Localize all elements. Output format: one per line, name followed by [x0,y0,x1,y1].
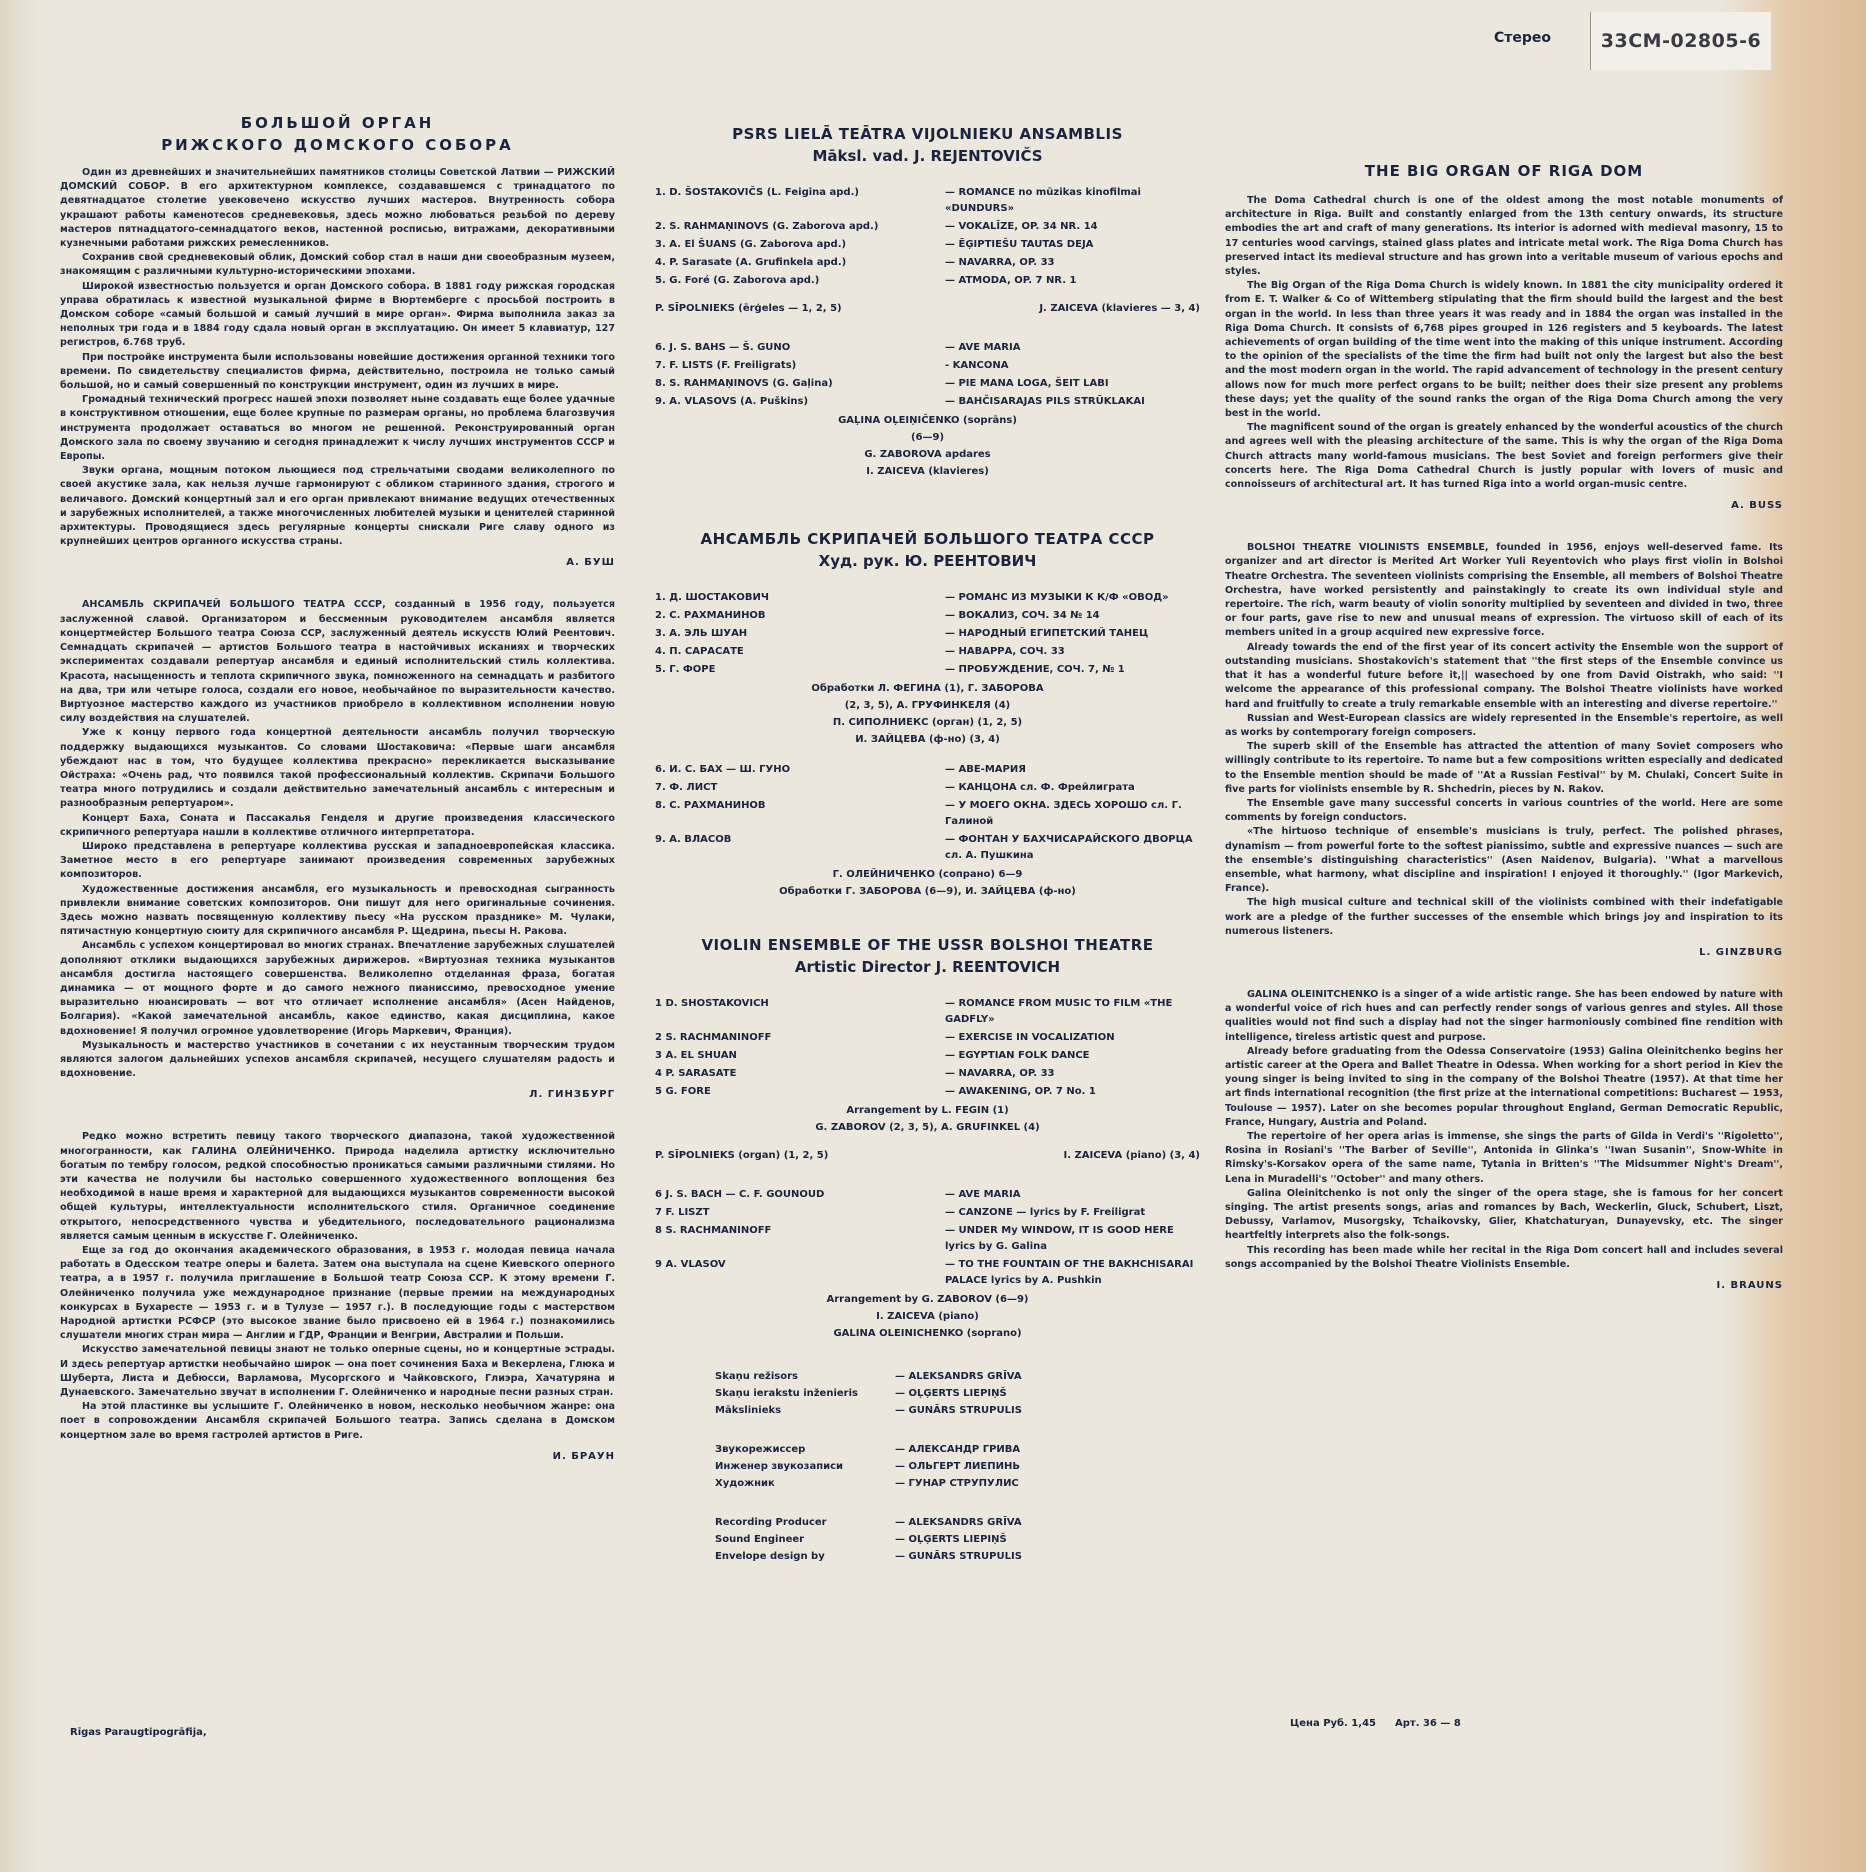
track-title: — AWAKENING, OP. 7 No. 1 [945,1084,1200,1100]
english-credits-b: Arrangement by G. ZABOROV (6—9)I. ZAICEV… [655,1291,1200,1342]
track-row: 1. Д. ШОСТАКОВИЧ— РОМАНС ИЗ МУЗЫКИ К К/Ф… [655,590,1200,606]
paragraph: Широко представлена в репертуаре коллект… [60,840,615,883]
paragraph: На этой пластинке вы услышите Г. Олейнич… [60,1400,615,1443]
english-title: VIOLIN ENSEMBLE OF THE USSR BOLSHOI THEA… [655,936,1200,954]
russian-credits-a: Обработки Л. ФЕГИНА (1), Г. ЗАБОРОВА(2, … [655,680,1200,748]
track-title: — ĒĢIPTIEŠU TAUTAS DEJA [945,237,1200,253]
track-title: — У МОЕГО ОКНА. ЗДЕСЬ ХОРОШО сл. Г. Гали… [945,798,1200,830]
paragraph: Galina Oleinitchenko is not only the sin… [1225,1187,1783,1244]
track-composer: 5. Г. ФОРЕ [655,662,945,678]
track-composer: 8. С. РАХМАНИНОВ [655,798,945,830]
latvian-credits: GAĻINA OĻEIŅIČENKO (soprāns)(6—9)G. ZABO… [655,412,1200,480]
paragraph: Концерт Баха, Соната и Пассакалья Гендел… [60,812,615,840]
credit-line: П. СИПОЛНИЕКС (орган) (1, 2, 5) [655,714,1200,731]
organ-title-line2: РИЖСКОГО ДОМСКОГО СОБОРА [60,134,615,156]
track-composer: 1. D. ŠOSTAKOVIČS (L. Feigina apd.) [655,185,945,217]
staff-name: — OĻĢERTS LIEPIŅŠ [895,1385,1007,1402]
track-composer: 1 D. SHOSTAKOVICH [655,996,945,1028]
paragraph: Редко можно встретить певицу такого твор… [60,1130,615,1244]
paragraph: Искусство замечательной певицы знают не … [60,1343,615,1400]
latvian-performers: P. SĪPOLNIEKS (ērģeles — 1, 2, 5) J. ZAI… [655,303,1200,314]
track-title: — PIE MANA LOGA, ŠEIT LABI [945,376,1200,392]
english-tracks-b: 6 J. S. BACH — C. F. GOUNOUD— AVE MARIA7… [655,1187,1200,1289]
track-composer: 3 A. EL SHUAN [655,1048,945,1064]
staff-row: Skaņu režisors— ALEKSANDRS GRĪVA [715,1368,1200,1385]
organ-text: Один из древнейших и значительнейших пам… [60,166,615,549]
track-title: — НАВАРРА, СОЧ. 33 [945,644,1200,660]
russian-tracks-b: 6. И. С. БАХ — Ш. ГУНО— АВЕ-МАРИЯ7. Ф. Л… [655,762,1200,864]
credit-line: И. ЗАЙЦЕВА (ф-но) (3, 4) [655,731,1200,748]
track-row: 1. D. ŠOSTAKOVIČS (L. Feigina apd.)— ROM… [655,185,1200,217]
credit-line: Arrangement by L. FEGIN (1) [655,1102,1200,1119]
track-row: 8. S. RAHMAŅINOVS (G. Gaļina)— PIE MANA … [655,376,1200,392]
track-row: 3. A. El ŠUANS (G. Zaborova apd.)— ĒĢIPT… [655,237,1200,253]
en-organ-text: The Doma Cathedral church is one of the … [1225,194,1783,492]
track-row: 8. С. РАХМАНИНОВ— У МОЕГО ОКНА. ЗДЕСЬ ХО… [655,798,1200,830]
credit-line: GAĻINA OĻEIŅIČENKO (soprāns) [655,412,1200,429]
track-composer: 1. Д. ШОСТАКОВИЧ [655,590,945,606]
track-title: — ATMODA, OP. 7 NR. 1 [945,273,1200,289]
paragraph: Художественные достижения ансамбля, его … [60,883,615,940]
staff-latvian: Skaņu režisors— ALEKSANDRS GRĪVASkaņu ie… [715,1368,1200,1419]
track-composer: 8. S. RAHMAŅINOVS (G. Gaļina) [655,376,945,392]
staff-name: — ALEKSANDRS GRĪVA [895,1368,1022,1385]
track-row: 5. Г. ФОРЕ— ПРОБУЖДЕНИЕ, СОЧ. 7, № 1 [655,662,1200,678]
en-singer-signature: I. BRAUNS [1225,1280,1783,1291]
track-composer: 6. И. С. БАХ — Ш. ГУНО [655,762,945,778]
track-row: 9 A. VLASOV— TO THE FOUNTAIN OF THE BAKH… [655,1257,1200,1289]
track-title: — КАНЦОНА сл. Ф. Фрейлиграта [945,780,1200,796]
russian-subtitle: Худ. рук. Ю. РЕЕНТОВИЧ [655,552,1200,570]
track-composer: 2. С. РАХМАНИНОВ [655,608,945,624]
track-composer: 6. J. S. BAHS — Š. GUNO [655,340,945,356]
credit-line: Обработки Л. ФЕГИНА (1), Г. ЗАБОРОВА [655,680,1200,697]
staff-role: Sound Engineer [715,1531,895,1548]
paragraph: АНСАМБЛЬ СКРИПАЧЕЙ БОЛЬШОГО ТЕАТРА СССР,… [60,598,615,726]
track-title: — NAVARRA, OP. 33 [945,255,1200,271]
track-title: — EXERCISE IN VOCALIZATION [945,1030,1200,1046]
singer-text: Редко можно встретить певицу такого твор… [60,1130,615,1442]
track-composer: 4. P. Sarasate (A. Grufinkela apd.) [655,255,945,271]
track-composer: 5. G. Foré (G. Zaborova apd.) [655,273,945,289]
english-subtitle: Artistic Director J. REENTOVICH [655,958,1200,976]
staff-row: Инженер звукозаписи— ОЛЬГЕРТ ЛИЕПИНЬ [715,1458,1200,1475]
track-title: — AVE MARIA [945,1187,1200,1203]
paragraph: Широкой известностью пользуется и орган … [60,280,615,351]
track-row: 2 S. RACHMANINOFF— EXERCISE IN VOCALIZAT… [655,1030,1200,1046]
english-performers: P. SĪPOLNIEKS (organ) (1, 2, 5) I. ZAICE… [655,1150,1200,1161]
ensemble-signature: Л. ГИНЗБУРГ [60,1089,615,1100]
track-title: — NAVARRA, OP. 33 [945,1066,1200,1082]
paragraph: Already before graduating from the Odess… [1225,1045,1783,1130]
track-title: — CANZONE — lyrics by F. Freiligrat [945,1205,1200,1221]
track-row: 3. А. ЭЛЬ ШУАН— НАРОДНЫЙ ЕГИПЕТСКИЙ ТАНЕ… [655,626,1200,642]
staff-row: Envelope design by— GUNĀRS STRUPULIS [715,1548,1200,1565]
staff-row: Sound Engineer— OĻĢERTS LIEPIŅŠ [715,1531,1200,1548]
track-title: — BAHČISARAJAS PILS STRŪKLAKAI [945,394,1200,410]
credit-line: I. ZAICEVA (piano) [655,1308,1200,1325]
track-title: — ROMANCE no mūzikas kinofilmai «DUNDURS… [945,185,1200,217]
paragraph: Музыкальность и мастерство участников в … [60,1039,615,1082]
track-title: — ROMANCE FROM MUSIC TO FILM «THE GADFLY… [945,996,1200,1028]
paragraph: The Ensemble gave many successful concer… [1225,797,1783,825]
russian-tracks-a: 1. Д. ШОСТАКОВИЧ— РОМАНС ИЗ МУЗЫКИ К К/Ф… [655,590,1200,678]
credit-line: (2, 3, 5), А. ГРУФИНКЕЛЯ (4) [655,697,1200,714]
staff-name: — GUNĀRS STRUPULIS [895,1402,1022,1419]
track-title: — UNDER My WINDOW, IT IS GOOD HERE lyric… [945,1223,1200,1255]
track-composer: 2 S. RACHMANINOFF [655,1030,945,1046]
paragraph: Сохранив свой средневековый облик, Домск… [60,251,615,279]
staff-name: — ГУНАР СТРУПУЛИС [895,1475,1019,1492]
paragraph: BOLSHOI THEATRE VIOLINISTS ENSEMBLE, fou… [1225,541,1783,640]
track-title: — ПРОБУЖДЕНИЕ, СОЧ. 7, № 1 [945,662,1200,678]
staff-row: Звукорежиссер— АЛЕКСАНДР ГРИВА [715,1441,1200,1458]
paragraph: «The hirtuoso technique of ensemble's mu… [1225,825,1783,896]
paragraph: Already towards the end of the first yea… [1225,641,1783,712]
paragraph: Russian and West-European classics are w… [1225,712,1783,740]
en-singer-text: GALINA OLEINITCHENKO is a singer of a wi… [1225,988,1783,1272]
performer-organ-en: P. SĪPOLNIEKS (organ) (1, 2, 5) [655,1150,828,1161]
price-label: Цена Руб. 1,45 [1290,1718,1376,1729]
track-row: 3 A. EL SHUAN— EGYPTIAN FOLK DANCE [655,1048,1200,1064]
track-title: — VOKALĪZE, OP. 34 NR. 14 [945,219,1200,235]
track-composer: 9 A. VLASOV [655,1257,945,1289]
latvian-subtitle: Māksl. vad. J. REJENTOVIČS [655,147,1200,165]
middle-column-tracklist: PSRS LIELĀ TEĀTRA VIJOLNIEKU ANSAMBLIS M… [655,125,1200,1565]
paragraph: Уже к концу первого года концертной деят… [60,726,615,811]
russian-credits-b: Г. ОЛЕЙНИЧЕНКО (сопрано) 6—9Обработки Г.… [655,866,1200,900]
staff-russian: Звукорежиссер— АЛЕКСАНДР ГРИВАИнженер зв… [715,1441,1200,1492]
stereo-label: Стерео [1494,30,1551,46]
organ-signature: А. БУШ [60,557,615,568]
credit-line: I. ZAICEVA (klavieres) [655,463,1200,480]
performer-piano-en: I. ZAICEVA (piano) (3, 4) [1064,1150,1200,1161]
track-composer: 9. А. ВЛАСОВ [655,832,945,864]
credit-line: GALINA OLEINICHENKO (soprano) [655,1325,1200,1342]
paragraph: При постройке инструмента были использов… [60,351,615,394]
track-row: 2. S. RAHMAŅINOVS (G. Zaborova apd.)— VO… [655,219,1200,235]
catalog-number-sticker: 33СМ-02805-6 [1590,12,1771,70]
russian-title: АНСАМБЛЬ СКРИПАЧЕЙ БОЛЬШОГО ТЕАТРА СССР [655,530,1200,548]
paragraph: The repertoire of her opera arias is imm… [1225,1130,1783,1187]
track-row: 7. F. LISTS (F. Freiligrats)- KANCONA [655,358,1200,374]
paragraph: The Doma Cathedral church is one of the … [1225,194,1783,279]
staff-role: Mākslinieks [715,1402,895,1419]
latvian-tracks-b: 6. J. S. BAHS — Š. GUNO— AVE MARIA7. F. … [655,340,1200,410]
staff-row: Художник— ГУНАР СТРУПУЛИС [715,1475,1200,1492]
track-row: 4 P. SARASATE— NAVARRA, OP. 33 [655,1066,1200,1082]
printer-credit: Rīgas Paraugtipogrāfija, [70,1727,207,1738]
paragraph: Еще за год до окончания академического о… [60,1244,615,1343]
track-row: 8 S. RACHMANINOFF— UNDER My WINDOW, IT I… [655,1223,1200,1255]
track-row: 9. A. VLASOVS (A. Puškins)— BAHČISARAJAS… [655,394,1200,410]
track-row: 6 J. S. BACH — C. F. GOUNOUD— AVE MARIA [655,1187,1200,1203]
performer-piano: J. ZAICEVA (klavieres — 3, 4) [1039,303,1200,314]
catalog-number: 33СМ-02805-6 [1601,30,1761,52]
staff-name: — GUNĀRS STRUPULIS [895,1548,1022,1565]
track-composer: 7 F. LISZT [655,1205,945,1221]
english-tracks-a: 1 D. SHOSTAKOVICH— ROMANCE FROM MUSIC TO… [655,996,1200,1100]
track-title: - KANCONA [945,358,1200,374]
en-ensemble-signature: L. GINZBURG [1225,947,1783,958]
staff-name: — OĻĢERTS LIEPIŅŠ [895,1531,1007,1548]
credit-line: Обработки Г. ЗАБОРОВА (6—9), И. ЗАЙЦЕВА … [655,883,1200,900]
track-row: 7. Ф. ЛИСТ— КАНЦОНА сл. Ф. Фрейлиграта [655,780,1200,796]
track-title: — НАРОДНЫЙ ЕГИПЕТСКИЙ ТАНЕЦ [945,626,1200,642]
staff-row: Recording Producer— ALEKSANDRS GRĪVA [715,1514,1200,1531]
latvian-tracks-a: 1. D. ŠOSTAKOVIČS (L. Feigina apd.)— ROM… [655,185,1200,289]
paragraph: Звуки органа, мощным потоком льющиеся по… [60,464,615,549]
right-column-english-notes: THE BIG ORGAN OF RIGA DOM The Doma Cathe… [1225,160,1783,1321]
staff-name: — АЛЕКСАНДР ГРИВА [895,1441,1020,1458]
track-composer: 2. S. RAHMAŅINOVS (G. Zaborova apd.) [655,219,945,235]
paragraph: The Big Organ of the Riga Doma Church is… [1225,279,1783,421]
track-composer: 4 P. SARASATE [655,1066,945,1082]
track-row: 4. P. Sarasate (A. Grufinkela apd.)— NAV… [655,255,1200,271]
organ-title-line1: БОЛЬШОЙ ОРГАН [60,112,615,134]
english-credits-a: Arrangement by L. FEGIN (1)G. ZABOROV (2… [655,1102,1200,1136]
track-row: 6. J. S. BAHS — Š. GUNO— AVE MARIA [655,340,1200,356]
staff-row: Mākslinieks— GUNĀRS STRUPULIS [715,1402,1200,1419]
track-title: — AVE MARIA [945,340,1200,356]
staff-role: Skaņu režisors [715,1368,895,1385]
track-title: — ВОКАЛИЗ, СОЧ. 34 № 14 [945,608,1200,624]
track-composer: 9. A. VLASOVS (A. Puškins) [655,394,945,410]
track-title: — TO THE FOUNTAIN OF THE BAKHCHISARAI PA… [945,1257,1200,1289]
staff-english: Recording Producer— ALEKSANDRS GRĪVASoun… [715,1514,1200,1565]
left-column-russian-notes: БОЛЬШОЙ ОРГАН РИЖСКОГО ДОМСКОГО СОБОРА О… [60,112,615,1492]
track-title: — АВЕ-МАРИЯ [945,762,1200,778]
en-ensemble-text: BOLSHOI THEATRE VIOLINISTS ENSEMBLE, fou… [1225,541,1783,939]
paragraph: Громадный технический прогресс нашей эпо… [60,393,615,464]
track-title: — ФОНТАН У БАХЧИСАРАЙСКОГО ДВОРЦА сл. А.… [945,832,1200,864]
track-row: 5 G. FORE— AWAKENING, OP. 7 No. 1 [655,1084,1200,1100]
credit-line: G. ZABOROVA apdares [655,446,1200,463]
paragraph: GALINA OLEINITCHENKO is a singer of a wi… [1225,988,1783,1045]
track-composer: 6 J. S. BACH — C. F. GOUNOUD [655,1187,945,1203]
track-composer: 8 S. RACHMANINOFF [655,1223,945,1255]
staff-name: — ALEKSANDRS GRĪVA [895,1514,1022,1531]
track-row: 4. П. САРАСАТЕ— НАВАРРА, СОЧ. 33 [655,644,1200,660]
staff-role: Envelope design by [715,1548,895,1565]
staff-name: — ОЛЬГЕРТ ЛИЕПИНЬ [895,1458,1020,1475]
paragraph: The magnificent sound of the organ is gr… [1225,421,1783,492]
ensemble-text: АНСАМБЛЬ СКРИПАЧЕЙ БОЛЬШОГО ТЕАТРА СССР,… [60,598,615,1081]
track-composer: 7. F. LISTS (F. Freiligrats) [655,358,945,374]
paragraph: The superb skill of the Ensemble has att… [1225,740,1783,797]
credit-line: (6—9) [655,429,1200,446]
staff-role: Художник [715,1475,895,1492]
track-composer: 3. A. El ŠUANS (G. Zaborova apd.) [655,237,945,253]
paragraph: Один из древнейших и значительнейших пам… [60,166,615,251]
track-row: 9. А. ВЛАСОВ— ФОНТАН У БАХЧИСАРАЙСКОГО Д… [655,832,1200,864]
credit-line: Arrangement by G. ZABOROV (6—9) [655,1291,1200,1308]
track-composer: 5 G. FORE [655,1084,945,1100]
performer-organ: P. SĪPOLNIEKS (ērģeles — 1, 2, 5) [655,303,842,314]
track-row: 2. С. РАХМАНИНОВ— ВОКАЛИЗ, СОЧ. 34 № 14 [655,608,1200,624]
latvian-title: PSRS LIELĀ TEĀTRA VIJOLNIEKU ANSAMBLIS [655,125,1200,143]
paragraph: The high musical culture and technical s… [1225,896,1783,939]
track-row: 6. И. С. БАХ — Ш. ГУНО— АВЕ-МАРИЯ [655,762,1200,778]
staff-role: Инженер звукозаписи [715,1458,895,1475]
track-row: 5. G. Foré (G. Zaborova apd.)— ATMODA, O… [655,273,1200,289]
track-title: — EGYPTIAN FOLK DANCE [945,1048,1200,1064]
track-composer: 7. Ф. ЛИСТ [655,780,945,796]
track-title: — РОМАНС ИЗ МУЗЫКИ К К/Ф «ОВОД» [945,590,1200,606]
credit-line: Г. ОЛЕЙНИЧЕНКО (сопрано) 6—9 [655,866,1200,883]
credit-line: G. ZABOROV (2, 3, 5), A. GRUFINKEL (4) [655,1119,1200,1136]
track-composer: 3. А. ЭЛЬ ШУАН [655,626,945,642]
staff-role: Recording Producer [715,1514,895,1531]
track-composer: 4. П. САРАСАТЕ [655,644,945,660]
track-row: 7 F. LISZT— CANZONE — lyrics by F. Freil… [655,1205,1200,1221]
staff-role: Звукорежиссер [715,1441,895,1458]
track-row: 1 D. SHOSTAKOVICH— ROMANCE FROM MUSIC TO… [655,996,1200,1028]
paragraph: This recording has been made while her r… [1225,1244,1783,1272]
staff-row: Skaņu ierakstu inženieris— OĻĢERTS LIEPI… [715,1385,1200,1402]
paragraph: Ансамбль с успехом концертировал во мног… [60,939,615,1038]
singer-signature: И. БРАУН [60,1451,615,1462]
article-number: Арт. 36 — 8 [1395,1718,1461,1729]
en-organ-signature: A. BUSS [1225,500,1783,511]
english-organ-title: THE BIG ORGAN OF RIGA DOM [1225,160,1783,182]
staff-role: Skaņu ierakstu inženieris [715,1385,895,1402]
